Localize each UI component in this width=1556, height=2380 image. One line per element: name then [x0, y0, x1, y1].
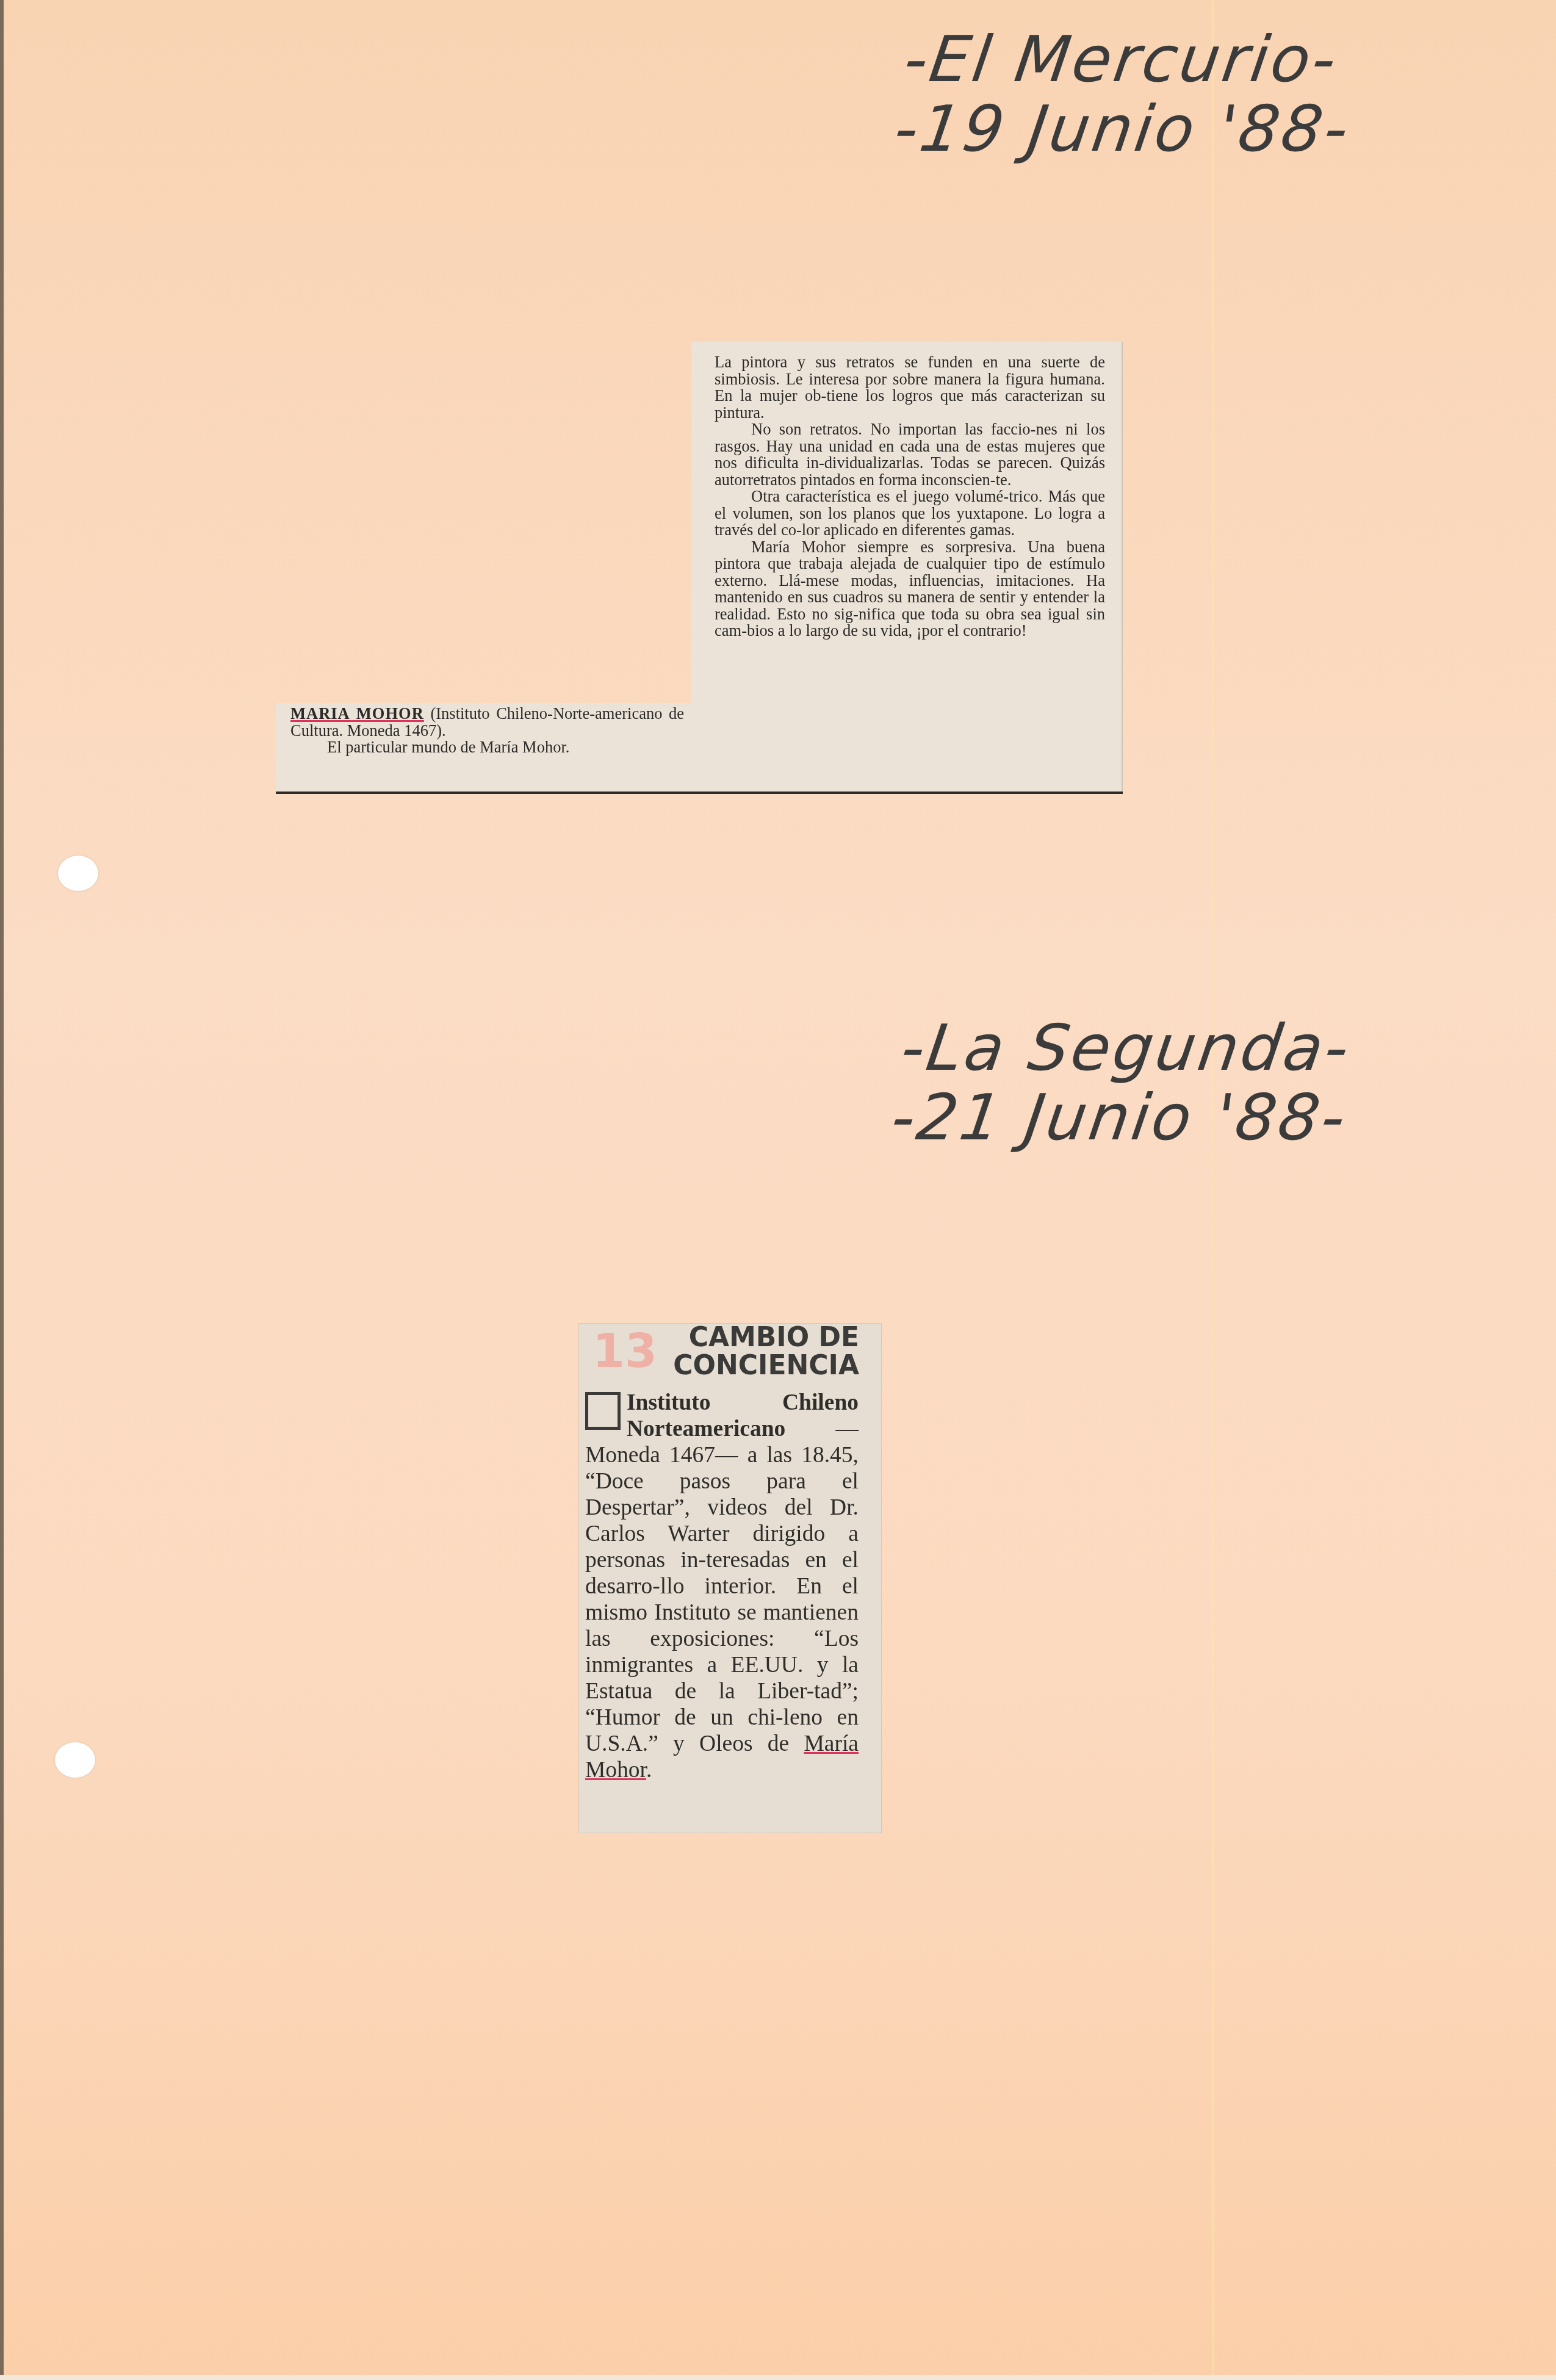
notice-text: — Moneda 1467— a las 18.45, “Doce pasos …	[585, 1416, 859, 1756]
notice-body: Instituto Chileno Norteamericano — Moned…	[585, 1390, 859, 1783]
article-paragraph: No son retratos. No importan las faccio-…	[715, 421, 1105, 488]
handwritten-date: -21 Junio '88-	[887, 1083, 1352, 1152]
caption-subtitle: El particular mundo de María Mohor.	[290, 739, 684, 756]
notice-end: .	[646, 1758, 652, 1783]
handwritten-newspaper-name: -El Mercurio-	[900, 24, 1365, 94]
clipping-bottom-rule	[276, 792, 1123, 794]
article-body: La pintora y sus retratos se funden en u…	[715, 354, 1105, 640]
scan-bottom-edge	[0, 2375, 1556, 2380]
handwritten-date: -19 Junio '88-	[890, 94, 1355, 164]
scan-left-edge	[0, 0, 4, 2380]
headline-line-1: CAMBIO DE	[673, 1324, 859, 1352]
clipping-segunda: 13 CAMBIO DE CONCIENCIA Instituto Chilen…	[578, 1323, 882, 1833]
handwritten-source-mercurio: -El Mercurio- -19 Junio '88-	[890, 24, 1365, 164]
headline-line-2: CONCIENCIA	[673, 1352, 859, 1380]
artist-name-underlined: MARIA MOHOR	[290, 704, 424, 723]
paper-fold-line	[1211, 0, 1215, 2380]
punch-hole-bottom	[55, 1742, 95, 1778]
handwritten-source-segunda: -La Segunda- -21 Junio '88-	[887, 1013, 1362, 1153]
article-paragraph: María Mohor siempre es sorpresiva. Una b…	[715, 539, 1105, 640]
handwritten-newspaper-name: -La Segunda-	[897, 1013, 1362, 1083]
headline: CAMBIO DE CONCIENCIA	[673, 1324, 859, 1380]
punch-hole-top	[58, 856, 98, 891]
clipping-mercurio-caption: MARIA MOHOR (Instituto Chileno-Norte-ame…	[276, 703, 694, 793]
caption-text: MARIA MOHOR (Instituto Chileno-Norte-ame…	[290, 705, 684, 756]
square-bullet-icon	[585, 1392, 621, 1430]
article-paragraph: Otra característica es el juego volumé-t…	[715, 488, 1105, 539]
article-paragraph: La pintora y sus retratos se funden en u…	[715, 354, 1105, 421]
clipping-mercurio-article-column: La pintora y sus retratos se funden en u…	[691, 342, 1123, 793]
red-margin-mark: 13	[593, 1324, 657, 1378]
